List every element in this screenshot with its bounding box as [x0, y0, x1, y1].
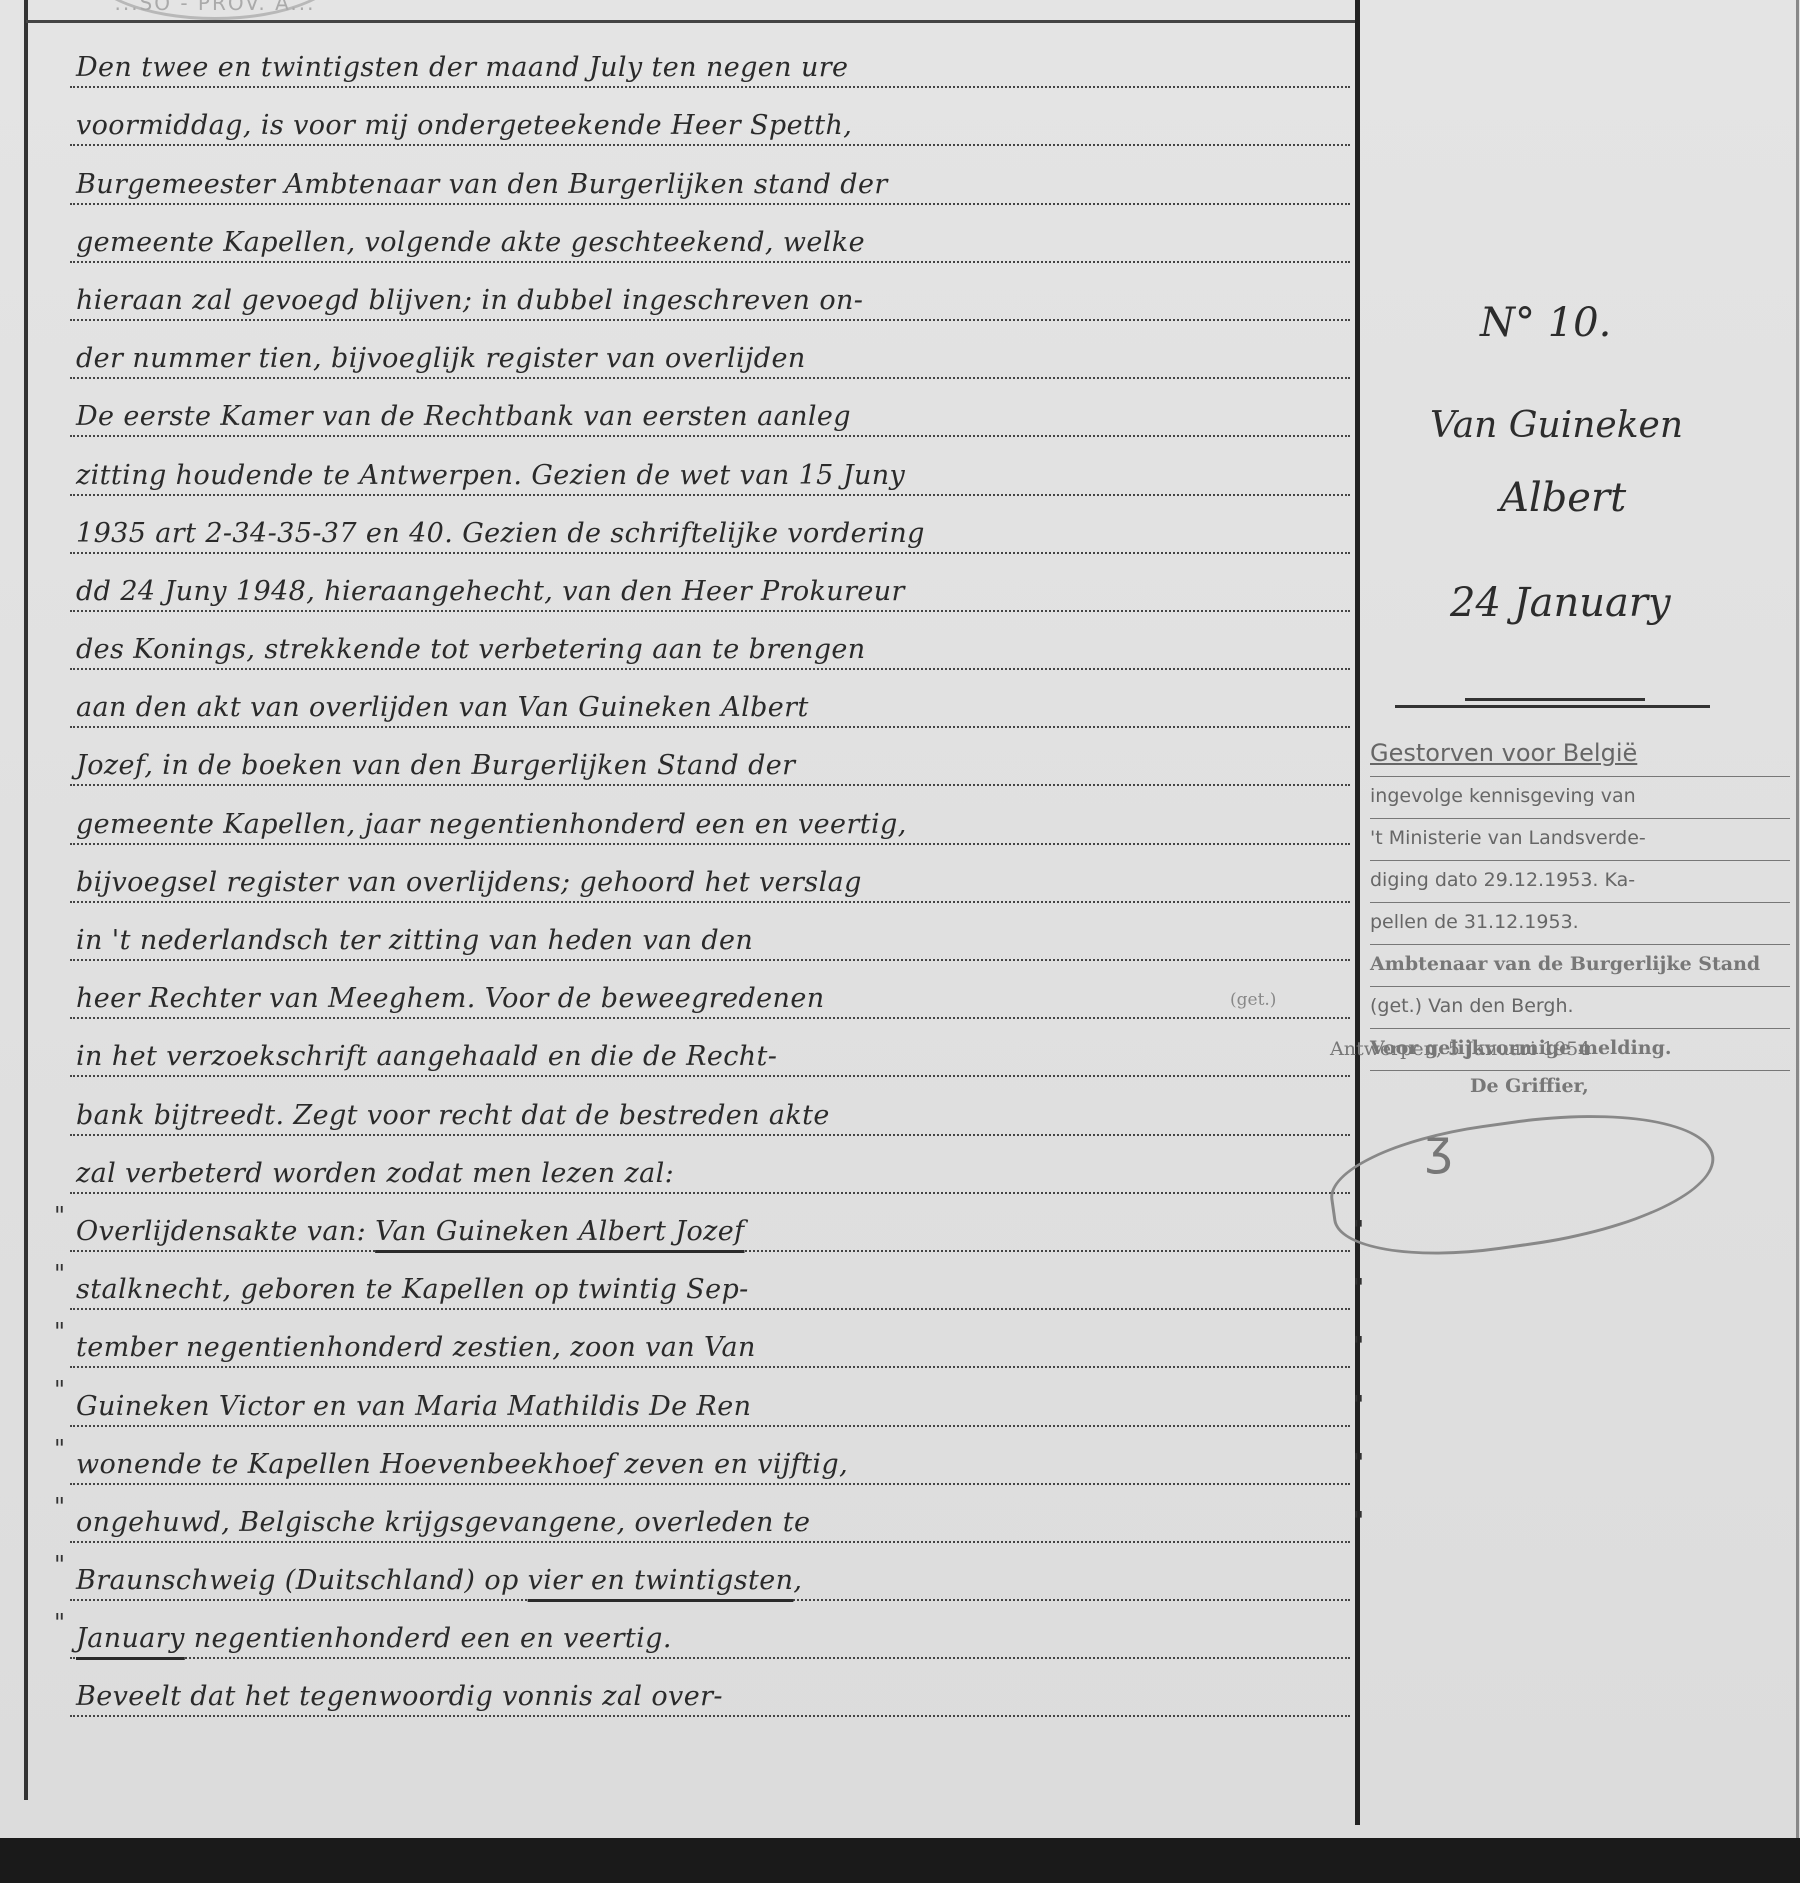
document-page: ...SO - PROV. A... Den twee en twintigst…	[0, 0, 1800, 1840]
line-text: Braunschweig (Duitschland) op vier en tw…	[76, 1565, 1350, 1596]
line-text-main: gemeente Kapellen, volgende akte geschte…	[76, 227, 865, 258]
line-text: gemeente Kapellen, jaar negentienhonderd…	[76, 809, 1350, 840]
quote-mark: "	[54, 1260, 65, 1288]
line-text-main: zal verbeterd worden zodat men lezen zal…	[76, 1158, 674, 1189]
signature-mark: ʒ	[1425, 1120, 1453, 1176]
text-line: bank bijtreedt. Zegt voor recht dat de b…	[70, 1077, 1350, 1135]
line-text: der nummer tien, bijvoeglijk register va…	[76, 343, 1350, 374]
line-text: Overlijdensakte van: Van Guineken Albert…	[76, 1216, 1350, 1247]
margin-given-name: Albert	[1500, 475, 1626, 521]
text-line: des Konings, strekkende tot verbetering …	[70, 612, 1350, 670]
text-line: "Overlijdensakte van: Van Guineken Alber…	[70, 1194, 1350, 1252]
line-text: zal verbeterd worden zodat men lezen zal…	[76, 1158, 1350, 1189]
scan-bottom-edge	[0, 1838, 1800, 1883]
quote-mark-end: "	[1353, 1332, 1364, 1360]
text-line: "Braunschweig (Duitschland) op vier en t…	[70, 1543, 1350, 1601]
text-line: 1935 art 2-34-35-37 en 40. Gezien de sch…	[70, 496, 1350, 554]
text-line: "ongehuwd, Belgische krijgsgevangene, ov…	[70, 1485, 1350, 1543]
line-text-main: tember negentienhonderd zestien, zoon va…	[76, 1332, 756, 1363]
text-line: Den twee en twintigsten der maand July t…	[70, 30, 1350, 88]
quote-mark: "	[54, 1202, 65, 1230]
line-text: des Konings, strekkende tot verbetering …	[76, 634, 1350, 665]
margin-date: 24 January	[1450, 580, 1671, 626]
margin-divider-long	[1395, 705, 1710, 708]
annotation-line: pellen de 31.12.1953.	[1370, 903, 1790, 945]
line-text-main: in het verzoekschrift aangehaald en die …	[76, 1041, 777, 1072]
line-text: dd 24 Juny 1948, hieraangehecht, van den…	[76, 576, 1350, 607]
text-line: "January negentienhonderd een en veertig…	[70, 1601, 1350, 1659]
text-line: "tember negentienhonderd zestien, zoon v…	[70, 1310, 1350, 1368]
quote-mark-end: "	[1353, 1507, 1364, 1535]
line-text: voormiddag, is voor mij ondergeteekende …	[76, 110, 1350, 141]
line-text: bijvoegsel register van overlijdens; geh…	[76, 867, 1350, 898]
record-number: N° 10.	[1480, 300, 1611, 346]
main-text-column: Den twee en twintigsten der maand July t…	[70, 30, 1350, 1717]
line-text: 1935 art 2-34-35-37 en 40. Gezien de sch…	[76, 518, 1350, 549]
quote-mark: "	[54, 1493, 65, 1521]
annotation-title: Gestorven voor België	[1370, 735, 1790, 777]
text-line: "Guineken Victor en van Maria Mathildis …	[70, 1368, 1350, 1426]
line-text: wonende te Kapellen Hoevenbeekhoef zeven…	[76, 1449, 1350, 1480]
text-line: hieraan zal gevoegd blijven; in dubbel i…	[70, 263, 1350, 321]
line-text: De eerste Kamer van de Rechtbank van eer…	[76, 401, 1350, 432]
quote-mark: "	[54, 1376, 65, 1404]
line-text: gemeente Kapellen, volgende akte geschte…	[76, 227, 1350, 258]
margin-surname: Van Guineken	[1430, 405, 1683, 446]
line-text-main: De eerste Kamer van de Rechtbank van eer…	[76, 401, 851, 432]
line-text-main: bijvoegsel register van overlijdens; geh…	[76, 867, 862, 898]
officer-line: Ambtenaar van de Burgerlijke Stand	[1370, 945, 1790, 987]
text-line: gemeente Kapellen, jaar negentienhonderd…	[70, 786, 1350, 844]
line-text-main: 1935 art 2-34-35-37 en 40. Gezien de sch…	[76, 518, 925, 549]
line-text: heer Rechter van Meeghem. Voor de beweeg…	[76, 983, 1350, 1014]
text-line: dd 24 Juny 1948, hieraangehecht, van den…	[70, 554, 1350, 612]
line-text-main: ongehuwd, Belgische krijgsgevangene, ove…	[76, 1507, 810, 1538]
line-text-main: gemeente Kapellen, jaar negentienhonderd…	[76, 809, 907, 840]
text-line: aan den akt van overlijden van Van Guine…	[70, 670, 1350, 728]
line-text-main: bank bijtreedt. Zegt voor recht dat de b…	[76, 1100, 830, 1131]
line-text: bank bijtreedt. Zegt voor recht dat de b…	[76, 1100, 1350, 1131]
line-text-main: in 't nederlandsch ter zitting van heden…	[76, 925, 753, 956]
underlined-text: vier en twintigsten	[528, 1565, 794, 1596]
text-line: Jozef, in de boeken van den Burgerlijken…	[70, 728, 1350, 786]
underlined-text: Van Guineken Albert Jozef	[375, 1216, 744, 1247]
line-text: in het verzoekschrift aangehaald en die …	[76, 1041, 1350, 1072]
text-line: bijvoegsel register van overlijdens; geh…	[70, 845, 1350, 903]
line-text: ongehuwd, Belgische krijgsgevangene, ove…	[76, 1507, 1350, 1538]
line-text: hieraan zal gevoegd blijven; in dubbel i…	[76, 285, 1350, 316]
annotation-line: diging dato 29.12.1953. Ka-	[1370, 861, 1790, 903]
text-line: Burgemeester Ambtenaar van den Burgerlij…	[70, 146, 1350, 204]
margin-divider-short	[1465, 698, 1645, 701]
line-text-main: hieraan zal gevoegd blijven; in dubbel i…	[76, 285, 863, 316]
line-text-main: des Konings, strekkende tot verbetering …	[76, 634, 866, 665]
clerk-title: De Griffier,	[1470, 1075, 1589, 1097]
line-text-main: der nummer tien, bijvoeglijk register va…	[76, 343, 806, 374]
margin-column: N° 10. Van Guineken Albert 24 January Ge…	[1370, 0, 1790, 1840]
official-stamp: ...SO - PROV. A...	[85, 0, 345, 20]
line-text: tember negentienhonderd zestien, zoon va…	[76, 1332, 1350, 1363]
get-annotation: (get.)	[1230, 990, 1276, 1010]
quote-mark: "	[54, 1318, 65, 1346]
text-line: zal verbeterd worden zodat men lezen zal…	[70, 1136, 1350, 1194]
line-text: in 't nederlandsch ter zitting van heden…	[76, 925, 1350, 956]
line-text-main: Guineken Victor en van Maria Mathildis D…	[76, 1391, 751, 1422]
line-text: January negentienhonderd een en veertig.	[76, 1623, 1350, 1654]
quote-mark-end: "	[1353, 1449, 1364, 1477]
line-text-after: ,	[793, 1565, 802, 1596]
quote-mark: "	[54, 1551, 65, 1579]
place-date: Antwerpen, 5 Januari 1954	[1330, 1038, 1590, 1060]
text-line: voormiddag, is voor mij ondergeteekende …	[70, 88, 1350, 146]
line-text: Jozef, in de boeken van den Burgerlijken…	[76, 750, 1350, 781]
line-text: stalknecht, geboren te Kapellen op twint…	[76, 1274, 1350, 1305]
quote-mark-end: "	[1353, 1391, 1364, 1419]
line-text-main: heer Rechter van Meeghem. Voor de beweeg…	[76, 983, 825, 1014]
line-text-main: stalknecht, geboren te Kapellen op twint…	[76, 1274, 749, 1305]
right-border-rule	[1796, 0, 1799, 1840]
annotation-line: 't Ministerie van Landsverde-	[1370, 819, 1790, 861]
line-text-main: Jozef, in de boeken van den Burgerlijken…	[76, 750, 795, 781]
text-line: in het verzoekschrift aangehaald en die …	[70, 1019, 1350, 1077]
line-text: Beveelt dat het tegenwoordig vonnis zal …	[76, 1681, 1350, 1712]
line-text: aan den akt van overlijden van Van Guine…	[76, 692, 1350, 723]
line-text-main: zitting houdende te Antwerpen. Gezien de…	[76, 460, 905, 491]
line-text-main: Beveelt dat het tegenwoordig vonnis zal …	[76, 1681, 723, 1712]
text-line: "stalknecht, geboren te Kapellen op twin…	[70, 1252, 1350, 1310]
line-text: Burgemeester Ambtenaar van den Burgerlij…	[76, 169, 1350, 200]
margin-annotation: Gestorven voor België ingevolge kennisge…	[1370, 735, 1790, 1071]
top-border-rule	[26, 20, 1356, 23]
text-line: in 't nederlandsch ter zitting van heden…	[70, 903, 1350, 961]
line-text-main: wonende te Kapellen Hoevenbeekhoef zeven…	[76, 1449, 848, 1480]
line-text: Guineken Victor en van Maria Mathildis D…	[76, 1391, 1350, 1422]
underlined-text: January	[76, 1623, 185, 1654]
left-border-rule	[24, 0, 28, 1800]
text-line: De eerste Kamer van de Rechtbank van eer…	[70, 379, 1350, 437]
line-text-main: Burgemeester Ambtenaar van den Burgerlij…	[76, 169, 888, 200]
text-line: gemeente Kapellen, volgende akte geschte…	[70, 205, 1350, 263]
quote-mark: "	[54, 1435, 65, 1463]
quote-mark-end: "	[1353, 1274, 1364, 1302]
text-line: der nummer tien, bijvoeglijk register va…	[70, 321, 1350, 379]
annotation-line: ingevolge kennisgeving van	[1370, 777, 1790, 819]
text-line: "wonende te Kapellen Hoevenbeekhoef zeve…	[70, 1427, 1350, 1485]
text-line: heer Rechter van Meeghem. Voor de beweeg…	[70, 961, 1350, 1019]
column-divider	[1355, 0, 1360, 1825]
line-text: zitting houdende te Antwerpen. Gezien de…	[76, 460, 1350, 491]
line-text-main: voormiddag, is voor mij ondergeteekende …	[76, 110, 852, 141]
line-text-main: aan den akt van overlijden van Van Guine…	[76, 692, 809, 723]
line-text-after: negentienhonderd een en veertig.	[185, 1623, 672, 1654]
line-text-main: dd 24 Juny 1948, hieraangehecht, van den…	[76, 576, 905, 607]
officer-name: (get.) Van den Bergh.	[1370, 987, 1790, 1029]
line-text-main: Braunschweig (Duitschland) op	[76, 1565, 528, 1596]
line-text-main: Den twee en twintigsten der maand July t…	[76, 52, 848, 83]
text-line: Beveelt dat het tegenwoordig vonnis zal …	[70, 1659, 1350, 1717]
text-line: zitting houdende te Antwerpen. Gezien de…	[70, 437, 1350, 495]
line-text: Den twee en twintigsten der maand July t…	[76, 52, 1350, 83]
quote-mark: "	[54, 1609, 65, 1637]
line-text-main: Overlijdensakte van:	[76, 1216, 375, 1247]
